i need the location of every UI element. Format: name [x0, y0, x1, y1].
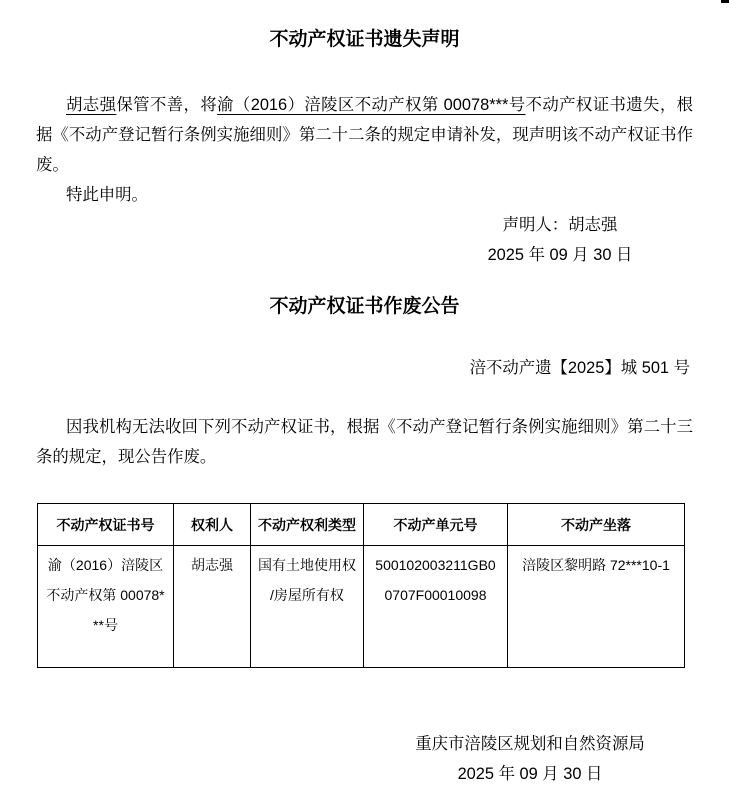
- table-cell: 国有土地使用权/房屋所有权: [251, 546, 364, 668]
- table-header-cell: 权利人: [174, 504, 251, 546]
- document-page: 不动产权证书遗失声明 胡志强保管不善，将渝（2016）涪陵区不动产权第 0007…: [0, 0, 729, 787]
- table-header-cell: 不动产坐落: [508, 504, 685, 546]
- declaration-body: 胡志强保管不善，将渝（2016）涪陵区不动产权第 00078***号不动产权证书…: [36, 90, 693, 180]
- table-row: 渝（2016）涪陵区不动产权第 00078***号胡志强国有土地使用权/房屋所有…: [38, 546, 685, 668]
- document-content: 不动产权证书遗失声明 胡志强保管不善，将渝（2016）涪陵区不动产权第 0007…: [0, 0, 729, 787]
- certificate-table: 不动产权证书号权利人不动产权利类型不动产单元号不动产坐落 渝（2016）涪陵区不…: [37, 503, 685, 668]
- plain-text: 保管不善，将: [116, 96, 217, 114]
- underlined-text: 渝（2016）涪陵区不动产权第 00078***号: [217, 96, 525, 114]
- declaration-signer: 声明人：胡志强: [420, 210, 700, 240]
- table-cell: 涪陵区黎明路 72***10-1: [508, 546, 685, 668]
- table-header-cell: 不动产权证书号: [38, 504, 174, 546]
- declaration-date: 2025 年 09 月 30 日: [420, 240, 700, 270]
- table-cell: 500102003211GB00707F00010098: [364, 546, 508, 668]
- announcement-date: 2025 年 09 月 30 日: [360, 759, 700, 787]
- table-cell: 渝（2016）涪陵区不动产权第 00078***号: [38, 546, 174, 668]
- announcement-signature-block: 重庆市涪陵区规划和自然资源局 2025 年 09 月 30 日: [360, 729, 700, 787]
- table-header-cell: 不动产单元号: [364, 504, 508, 546]
- announcement-doc-number: 涪不动产遗【2025】城 501 号: [36, 353, 693, 383]
- table-header-cell: 不动产权利类型: [251, 504, 364, 546]
- announcement-title: 不动产权证书作废公告: [36, 293, 693, 320]
- declaration-title: 不动产权证书遗失声明: [36, 0, 693, 53]
- window-edge-artifact: [721, 0, 729, 3]
- declaration-signature-block: 声明人：胡志强 2025 年 09 月 30 日: [420, 210, 700, 270]
- announcement-issuer: 重庆市涪陵区规划和自然资源局: [360, 729, 700, 759]
- announcement-body: 因我机构无法收回下列不动产权证书，根据《不动产登记暂行条例实施细则》第二十三条的…: [36, 412, 693, 472]
- table-cell: 胡志强: [174, 546, 251, 668]
- declaration-closing: 特此申明。: [36, 180, 693, 210]
- table-body: 渝（2016）涪陵区不动产权第 00078***号胡志强国有土地使用权/房屋所有…: [38, 546, 685, 668]
- underlined-text: 胡志强: [66, 96, 116, 114]
- table-header-row: 不动产权证书号权利人不动产权利类型不动产单元号不动产坐落: [38, 504, 685, 546]
